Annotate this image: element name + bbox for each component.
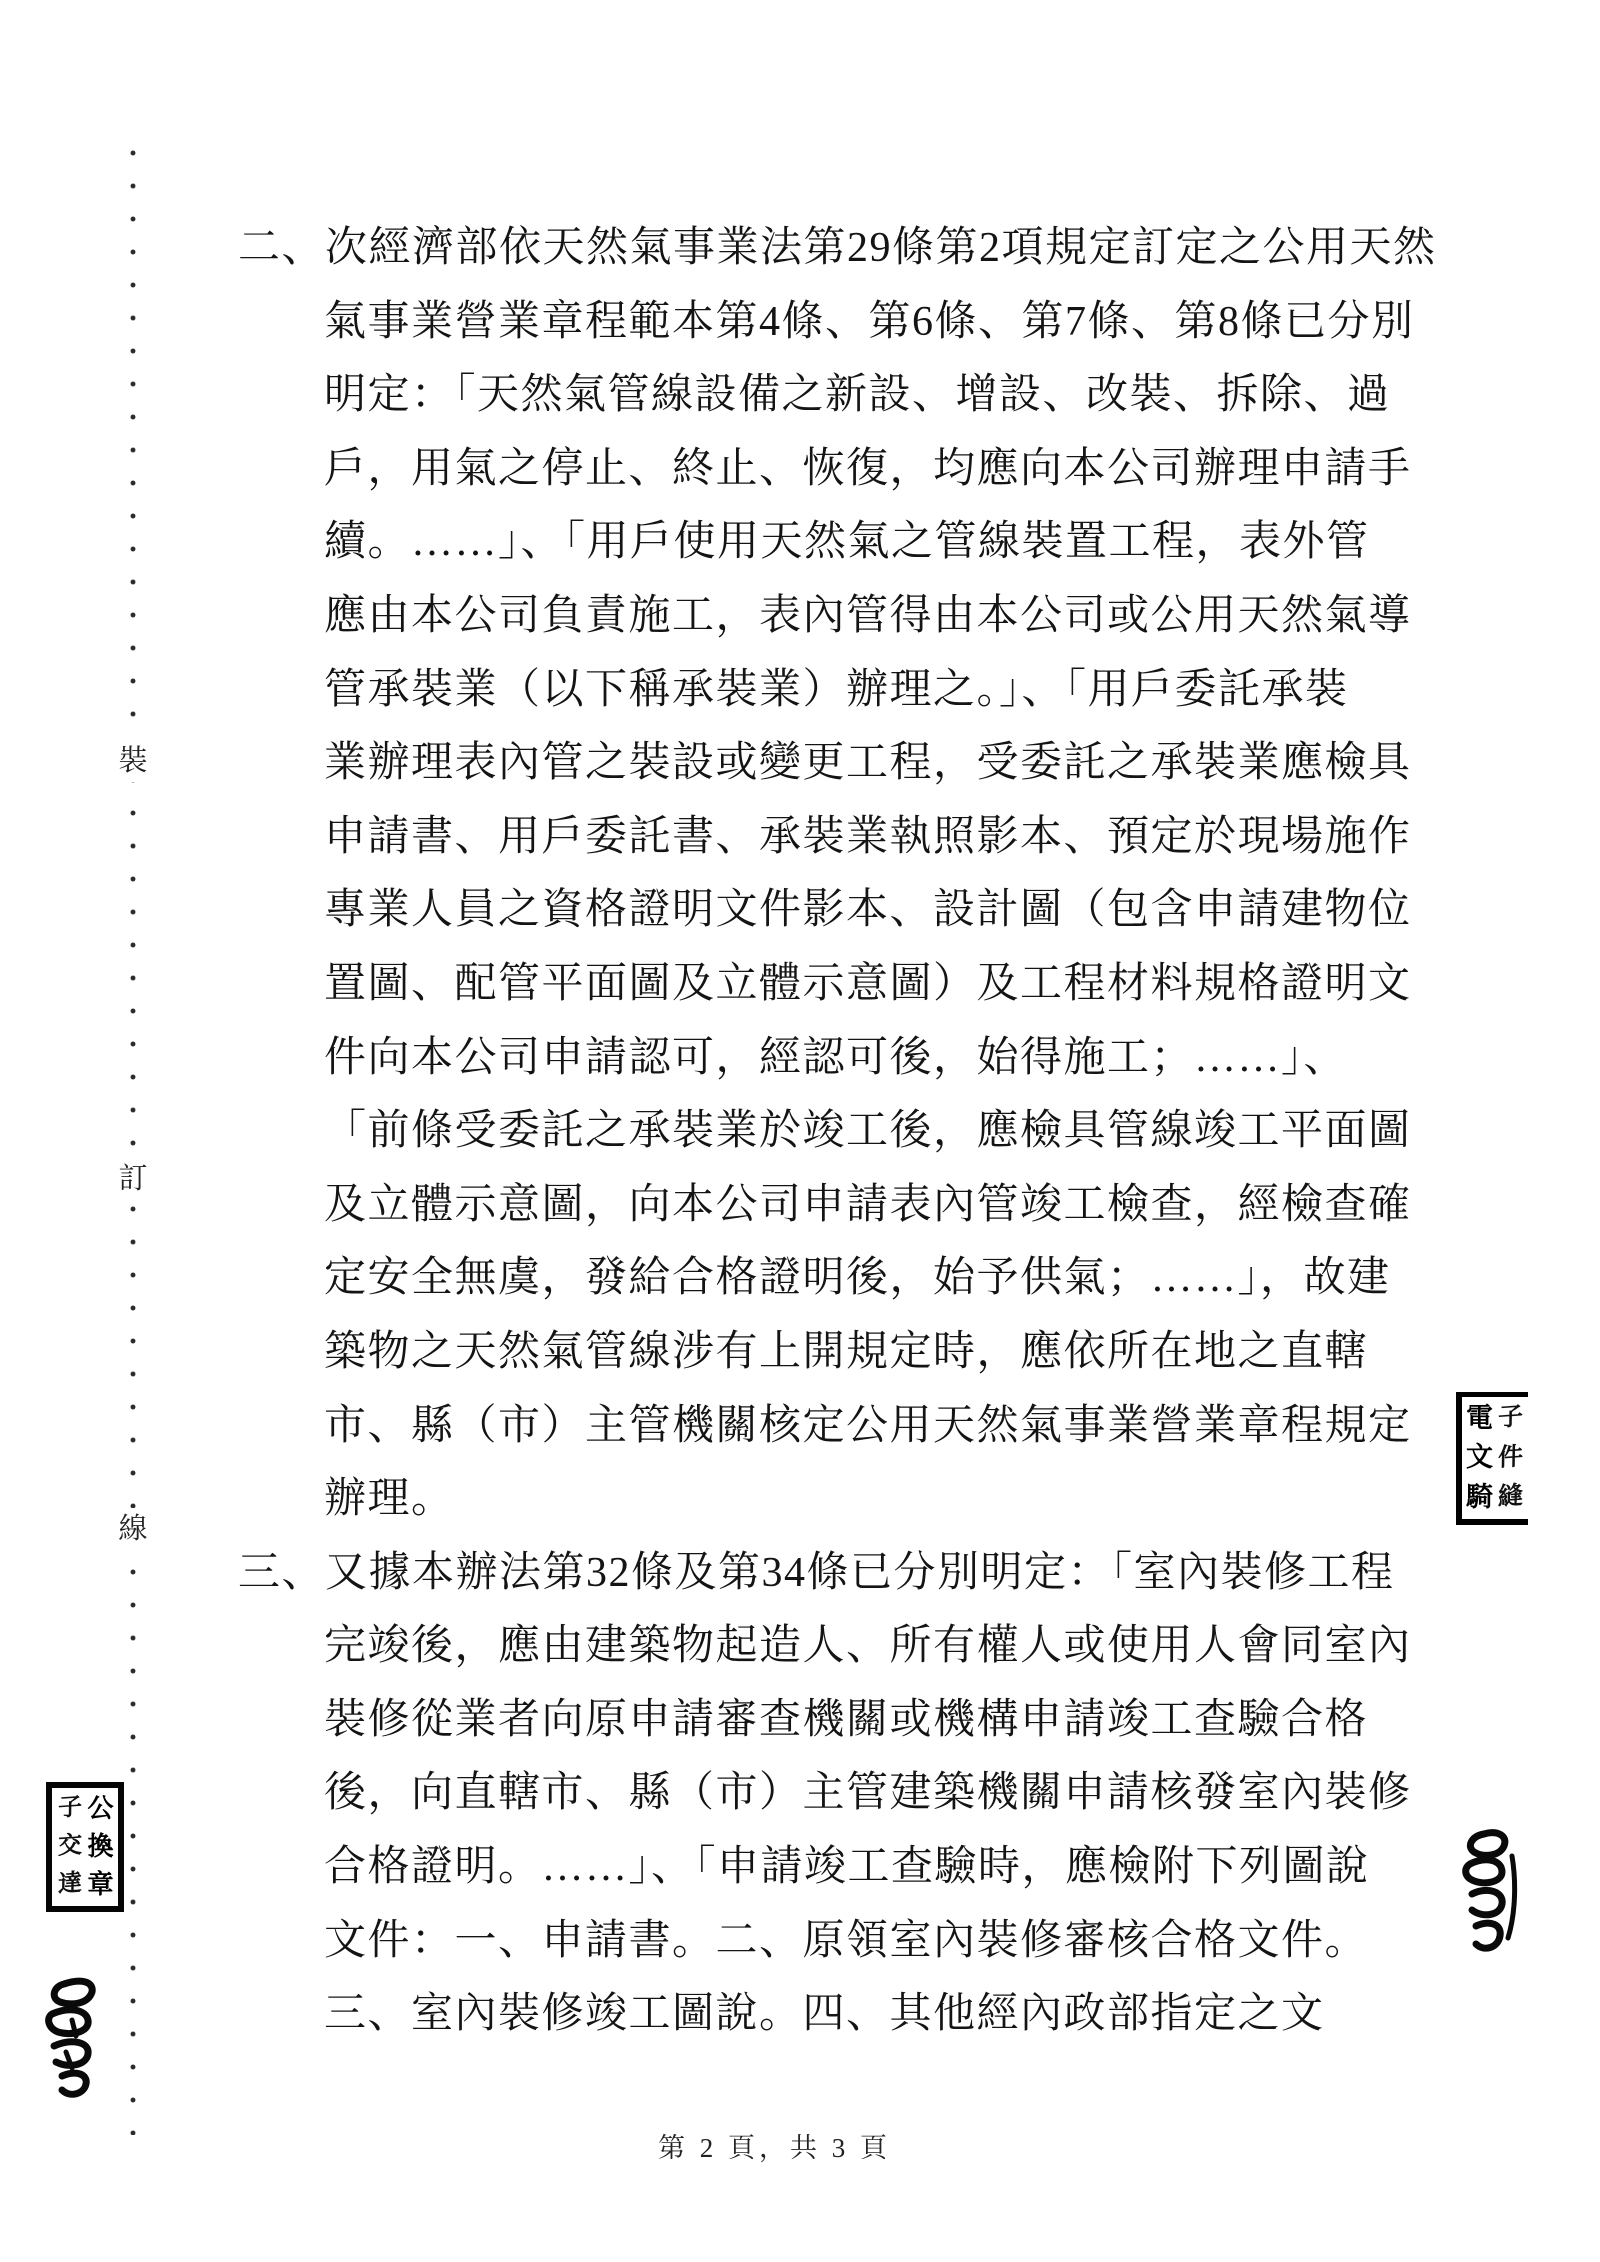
text-line: 文件：一、申請書。二、原領室內裝修審核合格文件。: [238, 1905, 1458, 1979]
text-line: 氣事業營業章程範本第4條、第6條、第7條、第8條已分別: [238, 286, 1458, 360]
text-line: 三、又據本辦法第32條及第34條已分別明定：「室內裝修工程: [238, 1537, 1458, 1611]
text-line: 申請書、用戶委託書、承裝業執照影本、預定於現場施作: [238, 801, 1458, 875]
ink-smudge-stamp-left: [42, 1976, 122, 2108]
stamp-char: 文: [1466, 1444, 1493, 1471]
ink-smudge-stamp-right: [1458, 1828, 1530, 1964]
text-line: 「前條受委託之承裝業於竣工後，應檢具管線竣工平面圖: [238, 1095, 1458, 1169]
stamp-char: 交: [57, 1834, 81, 1860]
text-line: 業辦理表內管之裝設或變更工程，受委託之承裝業應檢具: [238, 727, 1458, 801]
text-line: 專業人員之資格證明文件影本、設計圖（包含申請建物位: [238, 874, 1458, 948]
stamp-char: 章: [87, 1872, 113, 1898]
text-line: 件向本公司申請認可，經認可後，始得施工；……」、: [238, 1022, 1458, 1096]
binding-mark-xian: 線: [115, 1508, 151, 1550]
stamp-char: 子: [57, 1796, 81, 1822]
stamp-char: 電: [1466, 1405, 1493, 1432]
text-line: 管承裝業（以下稱承裝業）辦理之。」、「用戶委託承裝: [238, 654, 1458, 728]
text-line: 完竣後，應由建築物起造人、所有權人或使用人會同室內: [238, 1610, 1458, 1684]
stamp-char: 達: [57, 1872, 81, 1898]
text-line: 及立體示意圖，向本公司申請表內管竣工檢查，經檢查確: [238, 1169, 1458, 1243]
stamp-char: 子: [1498, 1405, 1523, 1432]
binding-mark-zhuang: 裝: [115, 740, 151, 782]
text-line: 後，向直轄市、縣（市）主管建築機關申請核發室內裝修: [238, 1757, 1458, 1831]
stamp-char: 件: [1498, 1445, 1523, 1472]
binding-dotted-line: [130, 150, 136, 2135]
stamp-char: 換: [87, 1834, 113, 1860]
stamp-char: 縫: [1498, 1484, 1523, 1511]
text-line: 市、縣（市）主管機關核定公用天然氣事業營業章程規定: [238, 1390, 1458, 1464]
binding-mark-ding: 訂: [115, 1158, 151, 1200]
text-line: 明定：「天然氣管線設備之新設、增設、改裝、拆除、過: [238, 359, 1458, 433]
electronic-seam-stamp: 電 文 騎 子 件 縫: [1456, 1392, 1528, 1525]
text-line: 應由本公司負責施工，表內管得由本公司或公用天然氣導: [238, 580, 1458, 654]
text-line: 築物之天然氣管線涉有上開規定時，應依所在地之直轄: [238, 1316, 1458, 1390]
text-line: 合格證明。……」、「申請竣工查驗時，應檢附下列圖說: [238, 1831, 1458, 1905]
text-line: 三、室內裝修竣工圖說。四、其他經內政部指定之文: [238, 1978, 1458, 2052]
text-line: 二、次經濟部依天然氣事業法第29條第2項規定訂定之公用天然: [238, 212, 1458, 286]
text-line: 裝修從業者向原申請審查機關或機構申請竣工查驗合格: [238, 1684, 1458, 1758]
text-line: 續。……」、「用戶使用天然氣之管線裝置工程，表外管: [238, 506, 1458, 580]
text-line: 戶，用氣之停止、終止、恢復，均應向本公司辦理申請手: [238, 433, 1458, 507]
page-footer: 第 2 頁，共 3 頁: [658, 2126, 891, 2165]
document-exchange-stamp: 子 交 達 公 換 章: [46, 1782, 124, 1912]
text-line: 辦理。: [238, 1463, 1458, 1537]
text-line: 置圖、配管平面圖及立體示意圖）及工程材料規格證明文: [238, 948, 1458, 1022]
body-text: 二、次經濟部依天然氣事業法第29條第2項規定訂定之公用天然 氣事業營業章程範本第…: [238, 212, 1458, 2052]
stamp-char: 公: [87, 1796, 113, 1822]
text-line: 定安全無虞，發給合格證明後，始予供氣；……」，故建: [238, 1242, 1458, 1316]
stamp-char: 騎: [1466, 1484, 1493, 1511]
document-page: 裝 訂 線 二、次經濟部依天然氣事業法第29條第2項規定訂定之公用天然 氣事業營…: [0, 0, 1600, 2262]
